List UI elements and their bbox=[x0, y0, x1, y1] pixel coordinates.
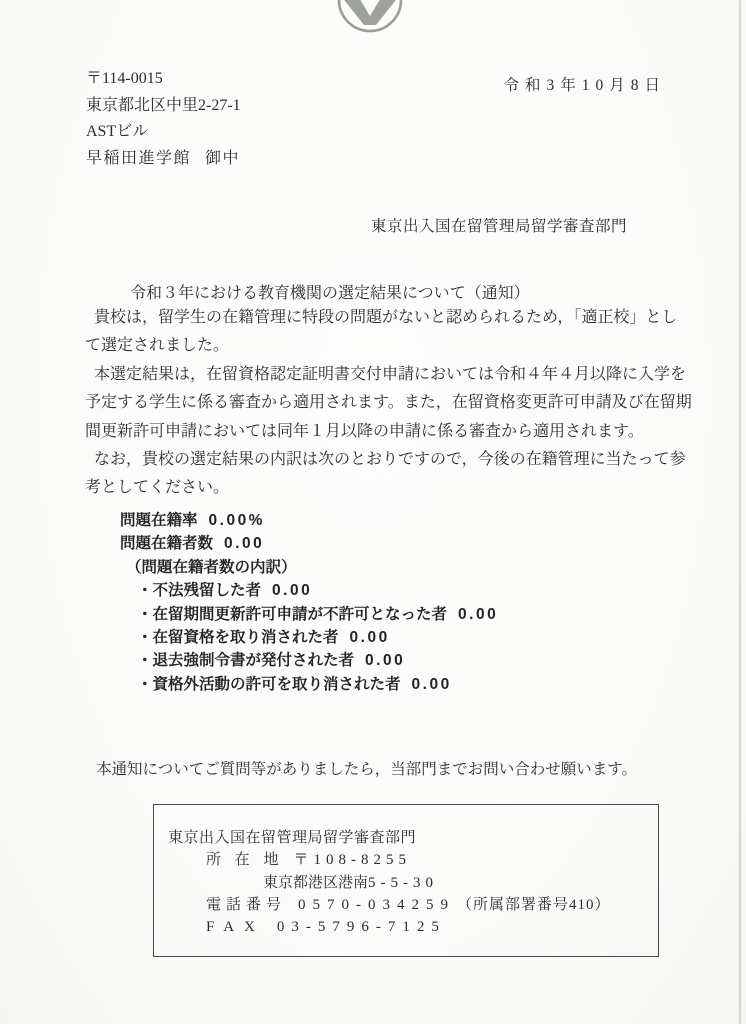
contact-location-row: 所 在 地〒108-8255 bbox=[154, 849, 658, 871]
stat-value: 0.00 bbox=[365, 652, 405, 669]
contact-address-number: 5-5-30 bbox=[368, 875, 438, 891]
contact-postal-code: 〒108-8255 bbox=[294, 852, 412, 868]
stat-value: 0.00% bbox=[209, 512, 265, 529]
recipient-address-line1: 東京都北区中里2-27-1 bbox=[86, 93, 241, 120]
stat-problem-count: 問題在籍者数0.00 bbox=[120, 532, 498, 555]
stat-breakdown-heading: （問題在籍者数の内訳） bbox=[120, 556, 498, 579]
stat-breakdown-item: ・退去強制令書が発付された者0.00 bbox=[120, 649, 498, 672]
body-line: 貴校は，留学生の在籍管理に特段の問題がないと認められるため，「適正校」とし bbox=[85, 304, 692, 332]
stat-value: 0.00 bbox=[350, 629, 390, 646]
stat-breakdown-item: ・資格外活動の許可を取り消された者0.00 bbox=[120, 673, 498, 696]
stat-value: 0.00 bbox=[412, 676, 452, 693]
body-text: 貴校は，留学生の在籍管理に特段の問題がないと認められるため，「適正校」とし て選… bbox=[85, 304, 692, 503]
sender-department: 東京出入国在留管理局留学審査部門 bbox=[371, 214, 627, 236]
contact-address-row: 東京都港区港南5-5-30 bbox=[154, 872, 658, 894]
contact-fax-row: FAX03-5796-7125 bbox=[154, 916, 658, 938]
contact-info-box: 東京出入国在留管理局留学審査部門 所 在 地〒108-8255 東京都港区港南5… bbox=[153, 804, 659, 957]
body-line: 本選定結果は，在留資格認定証明書交付申請においては令和４年４月以降に入学を bbox=[85, 361, 692, 389]
recipient-block: 〒114-0015 東京都北区中里2-27-1 ASTビル 早稲田進学館御中 bbox=[86, 66, 241, 173]
stat-breakdown-item: ・在留資格を取り消された者0.00 bbox=[120, 626, 498, 649]
body-line: 間更新許可申請においては同年１月以降の申請に係る審査から適用されます。 bbox=[85, 418, 692, 446]
recipient-honorific: 御中 bbox=[205, 150, 240, 167]
recipient-name: 早稲田進学館 bbox=[86, 150, 191, 167]
body-line: 考としてください。 bbox=[85, 474, 692, 502]
stat-label: ・在留資格を取り消された者 bbox=[137, 629, 339, 646]
subject-line: 令和３年における教育機関の選定結果について（通知） bbox=[130, 280, 530, 303]
contact-phone-note: （所属部署番号410） bbox=[457, 897, 611, 913]
location-label: 所 在 地 bbox=[206, 849, 284, 871]
phone-label: 電話番号 bbox=[206, 894, 286, 916]
stat-problem-rate: 問題在籍率0.00% bbox=[120, 509, 498, 532]
selection-result-stats: 問題在籍率0.00% 問題在籍者数0.00 （問題在籍者数の内訳） ・不法残留し… bbox=[120, 509, 498, 696]
stat-label: ・退去強制令書が発付された者 bbox=[137, 652, 354, 669]
stat-value: 0.00 bbox=[272, 582, 312, 599]
stat-breakdown-item: ・在留期間更新許可申請が不許可となった者0.00 bbox=[120, 603, 498, 626]
contact-address-prefix: 東京都港区港南 bbox=[263, 875, 368, 891]
document-date: 令和3年10月8日 bbox=[503, 73, 666, 95]
stat-label: ・資格外活動の許可を取り消された者 bbox=[137, 676, 401, 693]
stat-label: 問題在籍率 bbox=[120, 512, 198, 529]
stat-value: 0.00 bbox=[224, 535, 264, 552]
recipient-postal-code: 〒114-0015 bbox=[86, 66, 241, 93]
recipient-address-line2: ASTビル bbox=[86, 119, 241, 146]
scan-edge-artifact bbox=[739, 0, 741, 1024]
body-line: 予定する学生に係る審査から適用されます。また，在留資格変更許可申請及び在留期 bbox=[85, 389, 692, 417]
body-line: なお，貴校の選定結果の内訳は次のとおりですので，今後の在籍管理に当たって参 bbox=[85, 446, 692, 474]
stat-label: 問題在籍者数 bbox=[120, 535, 213, 552]
scanned-notice-document: 〒114-0015 東京都北区中里2-27-1 ASTビル 早稲田進学館御中 令… bbox=[0, 0, 746, 1024]
fax-label: FAX bbox=[206, 916, 265, 938]
stat-label: ・在留期間更新許可申請が不許可となった者 bbox=[137, 606, 447, 623]
contact-phone-row: 電話番号0570-034259（所属部署番号410） bbox=[154, 894, 658, 916]
contact-phone-number: 0570-034259 bbox=[298, 897, 455, 913]
stat-label: ・不法残留した者 bbox=[137, 582, 261, 599]
body-line: て選定されました。 bbox=[85, 332, 692, 360]
contact-department: 東京出入国在留管理局留学審査部門 bbox=[154, 827, 658, 849]
contact-fax-number: 03-5796-7125 bbox=[277, 919, 446, 935]
stat-value: 0.00 bbox=[458, 606, 498, 623]
closing-line: 本通知についてご質問等がありましたら，当部門までお問い合わせ願います。 bbox=[96, 757, 637, 779]
recipient-name-line: 早稲田進学館御中 bbox=[86, 146, 241, 173]
stat-breakdown-item: ・不法残留した者0.00 bbox=[120, 579, 498, 602]
seal-icon bbox=[336, 0, 404, 34]
